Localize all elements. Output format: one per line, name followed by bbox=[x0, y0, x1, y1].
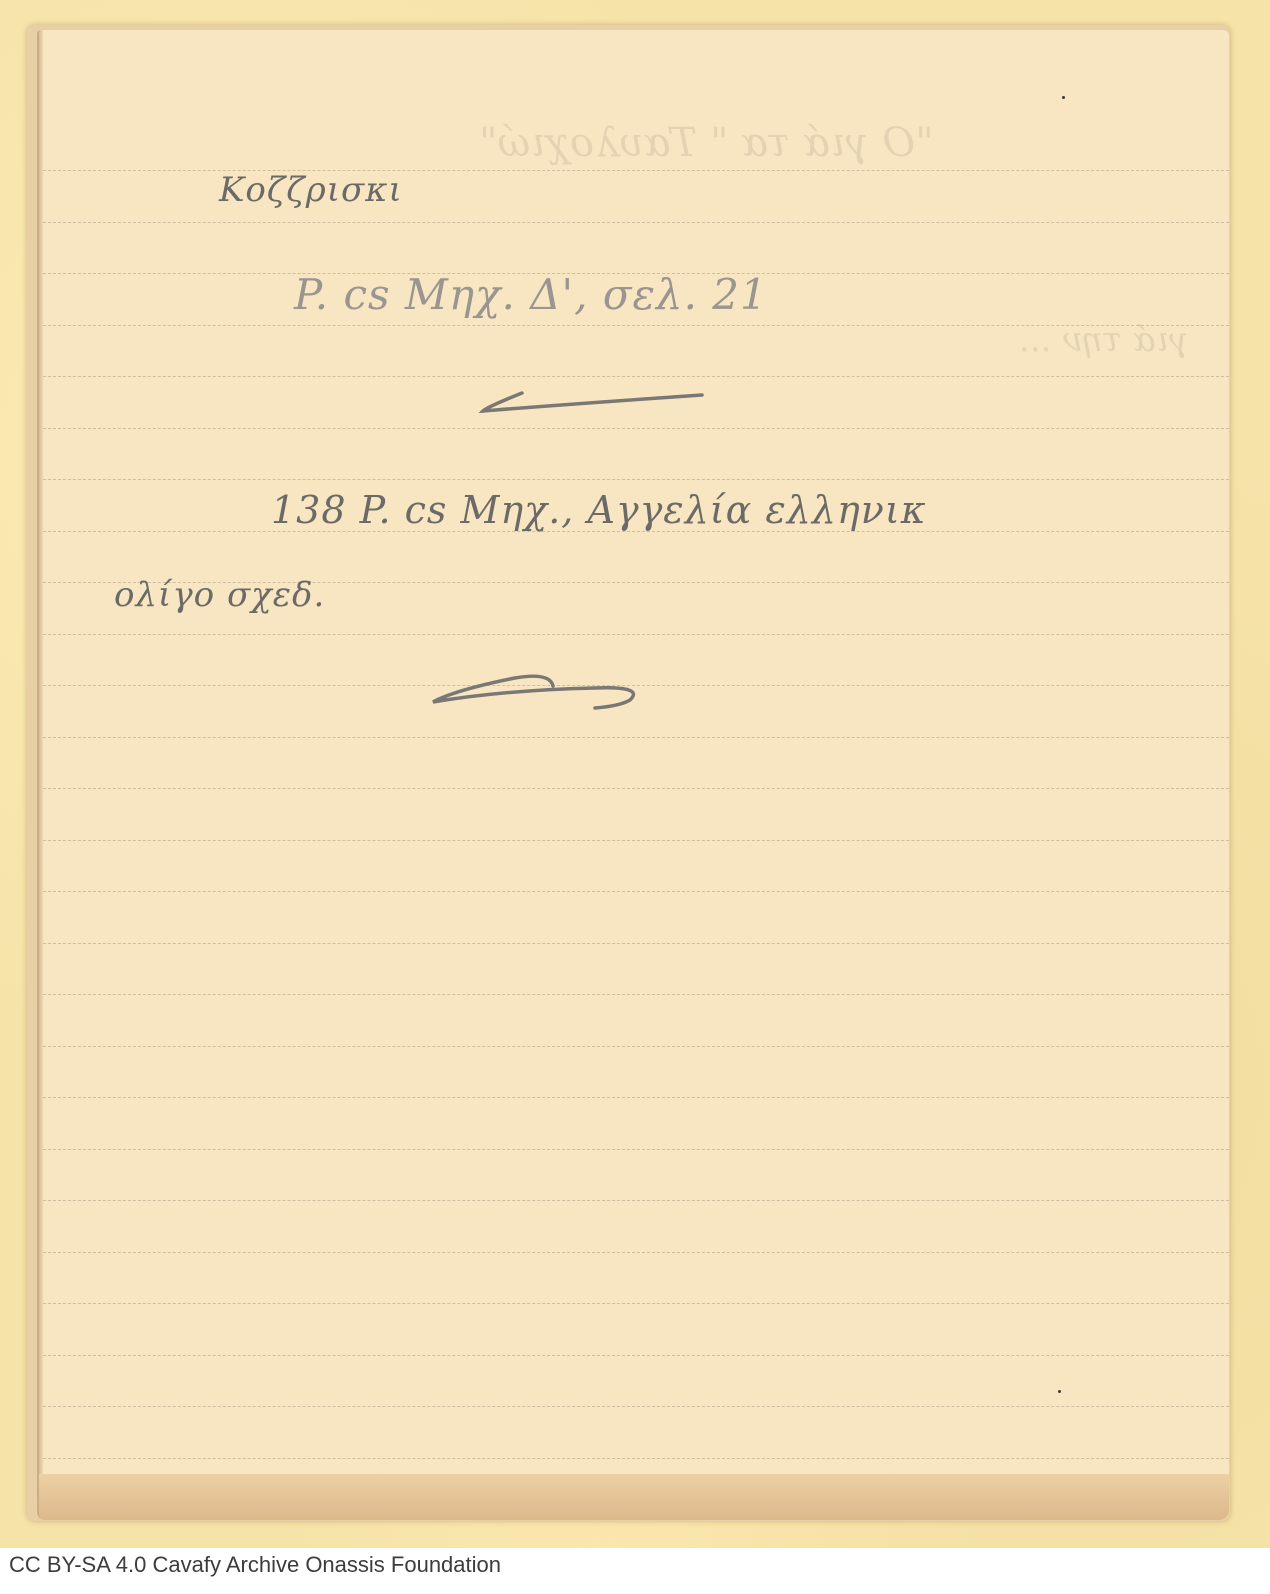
bleed-through-text-2: γιά την ... bbox=[1019, 320, 1190, 360]
ruled-line bbox=[43, 1200, 1229, 1201]
ruled-line bbox=[43, 788, 1229, 789]
ink-speck bbox=[1062, 96, 1065, 99]
page-bottom-edge bbox=[39, 1474, 1229, 1520]
ruled-line bbox=[43, 634, 1229, 635]
ruled-line bbox=[43, 840, 1229, 841]
handwritten-continuation: ολίγο σχεδ. bbox=[114, 575, 325, 615]
page-spine bbox=[39, 30, 43, 1520]
ruled-line bbox=[43, 1355, 1229, 1356]
ruled-line bbox=[43, 1303, 1229, 1304]
ruled-line bbox=[43, 1097, 1229, 1098]
ruled-line bbox=[43, 994, 1229, 995]
ruled-line bbox=[43, 222, 1229, 223]
handwritten-line-138: 138 P. cs Μηχ., Αγγελία ελληνικ bbox=[271, 488, 927, 532]
ruled-line bbox=[43, 479, 1229, 480]
ruled-line bbox=[43, 943, 1229, 944]
ruled-line bbox=[43, 1046, 1229, 1047]
ruled-line bbox=[43, 376, 1229, 377]
ruled-line bbox=[43, 1149, 1229, 1150]
ruled-line bbox=[43, 1458, 1229, 1459]
handwritten-reference: P. cs Μηχ. Δ', σελ. 21 bbox=[294, 270, 768, 319]
license-credit: CC BY-SA 4.0 Cavafy Archive Onassis Foun… bbox=[9, 1552, 501, 1578]
pencil-stroke-1 bbox=[477, 385, 737, 425]
ruled-line bbox=[43, 428, 1229, 429]
bleed-through-text-1: "Ο γιά τα " Ταυλοχιώ" bbox=[479, 120, 934, 166]
ruled-line bbox=[43, 891, 1229, 892]
handwritten-heading: Κοζζρισκι bbox=[219, 170, 403, 210]
ruled-line bbox=[43, 1252, 1229, 1253]
ink-speck bbox=[1058, 1390, 1061, 1393]
ruled-line bbox=[43, 737, 1229, 738]
ruled-line bbox=[43, 1406, 1229, 1407]
pencil-stroke-2 bbox=[425, 660, 665, 710]
notebook-page: "Ο γιά τα " Ταυλοχιώ" γιά την ... Κοζζρι… bbox=[37, 30, 1229, 1520]
